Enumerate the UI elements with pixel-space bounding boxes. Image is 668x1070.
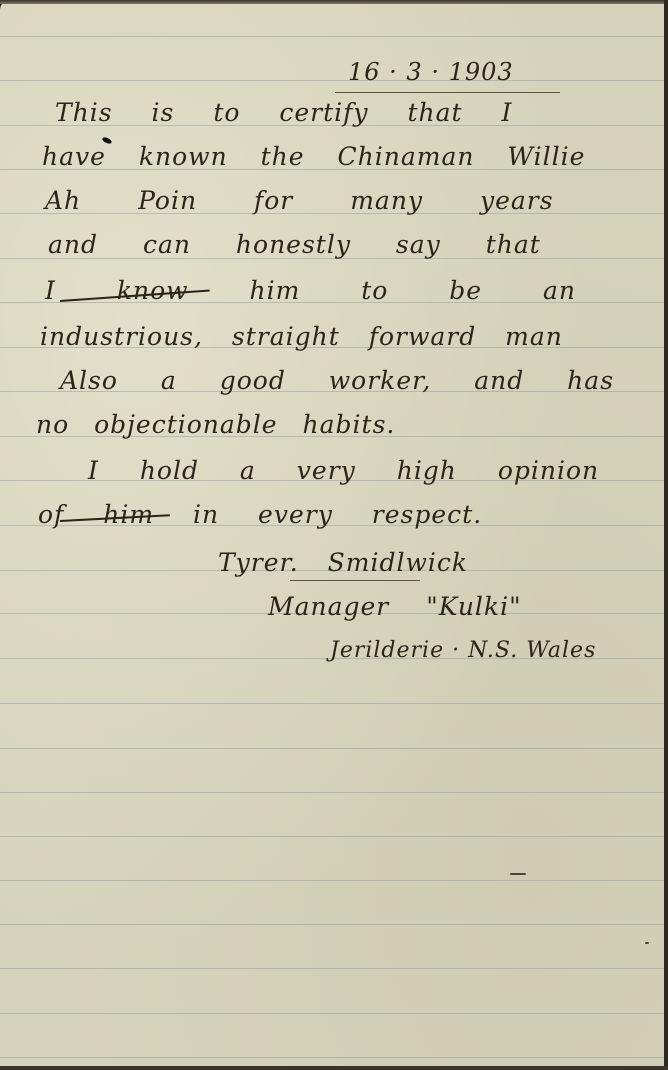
rule-line bbox=[0, 880, 664, 881]
signature-location: Jerilderie · N.S. Wales bbox=[330, 638, 596, 663]
rule-line bbox=[0, 80, 664, 81]
rule-line bbox=[0, 703, 664, 704]
body-line-6: industrious, straight forward man bbox=[40, 322, 563, 351]
rule-line bbox=[0, 1057, 664, 1058]
body-line-7: Also a good worker, and has bbox=[60, 366, 614, 395]
bottom-edge bbox=[0, 1066, 668, 1070]
stray-mark bbox=[645, 942, 649, 944]
stray-mark bbox=[510, 873, 526, 875]
body-line-2: have known the Chinaman Willie bbox=[42, 142, 585, 171]
right-edge bbox=[664, 0, 668, 1070]
date-underline bbox=[335, 92, 560, 93]
body-line-3: Ah Poin for many years bbox=[45, 186, 554, 215]
body-line-5: I know him to be an bbox=[45, 276, 576, 305]
body-line-8: no objectionable habits. bbox=[36, 410, 395, 439]
letter-date: 16 · 3 · 1903 bbox=[348, 58, 514, 86]
body-line-10: of him in every respect. bbox=[38, 500, 482, 529]
rule-line bbox=[0, 36, 664, 37]
letter-page: 16 · 3 · 1903 This is to certify that I … bbox=[0, 0, 664, 1066]
body-line-4: and can honestly say that bbox=[48, 230, 541, 259]
rule-line bbox=[0, 792, 664, 793]
rule-line bbox=[0, 748, 664, 749]
rule-line bbox=[0, 1013, 664, 1014]
signature-title: Manager "Kulki" bbox=[268, 592, 522, 621]
signature-name: Tyrer. Smidlwick bbox=[218, 548, 468, 577]
body-line-9: I hold a very high opinion bbox=[88, 456, 599, 485]
top-edge bbox=[0, 0, 668, 4]
rule-line bbox=[0, 924, 664, 925]
rule-line bbox=[0, 836, 664, 837]
signature-underline bbox=[290, 580, 420, 581]
body-line-1: This is to certify that I bbox=[55, 98, 512, 127]
rule-line bbox=[0, 968, 664, 969]
